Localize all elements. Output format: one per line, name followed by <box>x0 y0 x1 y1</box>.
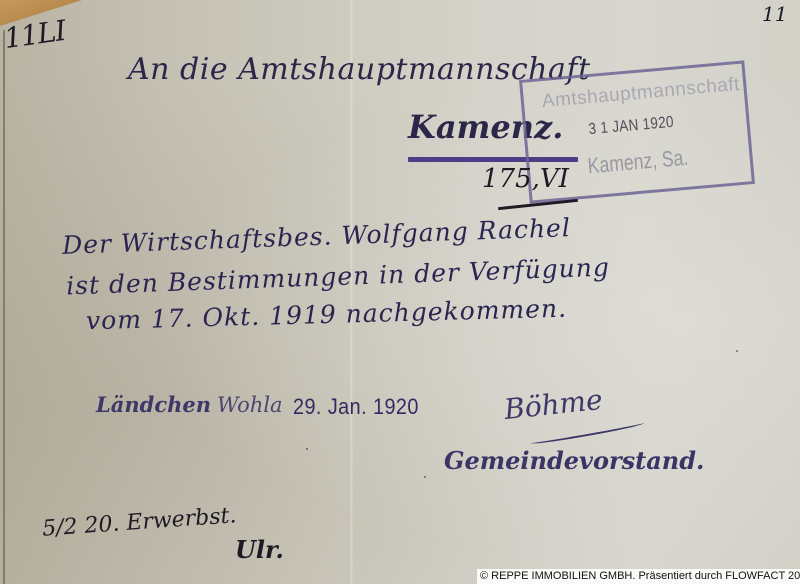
ink-speck <box>306 448 308 450</box>
paper-fold-line <box>350 0 353 584</box>
stamp-city: Kamenz, Sa. <box>587 145 690 180</box>
place-stamp: LändchenWohla <box>96 392 283 417</box>
date-stamp: 29. Jan. 1920 <box>293 394 419 420</box>
copyright-watermark: © REPPE IMMOBILIEN GMBH. Präsentiert dur… <box>477 569 800 584</box>
place-name-b: Wohla <box>217 393 283 417</box>
ink-speck <box>424 476 426 478</box>
paper-left-edge <box>3 30 5 584</box>
signatory-title: Gemeindevorstand. <box>444 446 704 475</box>
page-number: 11 <box>762 2 787 26</box>
file-reference: 175,VI <box>482 164 569 194</box>
margin-initials: Ulr. <box>235 535 284 564</box>
ink-speck <box>736 350 738 352</box>
stamp-office: Amtshauptmannschaft <box>541 74 741 113</box>
stamp-date: 3 1 JAN 1920 <box>588 114 675 139</box>
place-name-a: Ländchen <box>96 392 211 417</box>
